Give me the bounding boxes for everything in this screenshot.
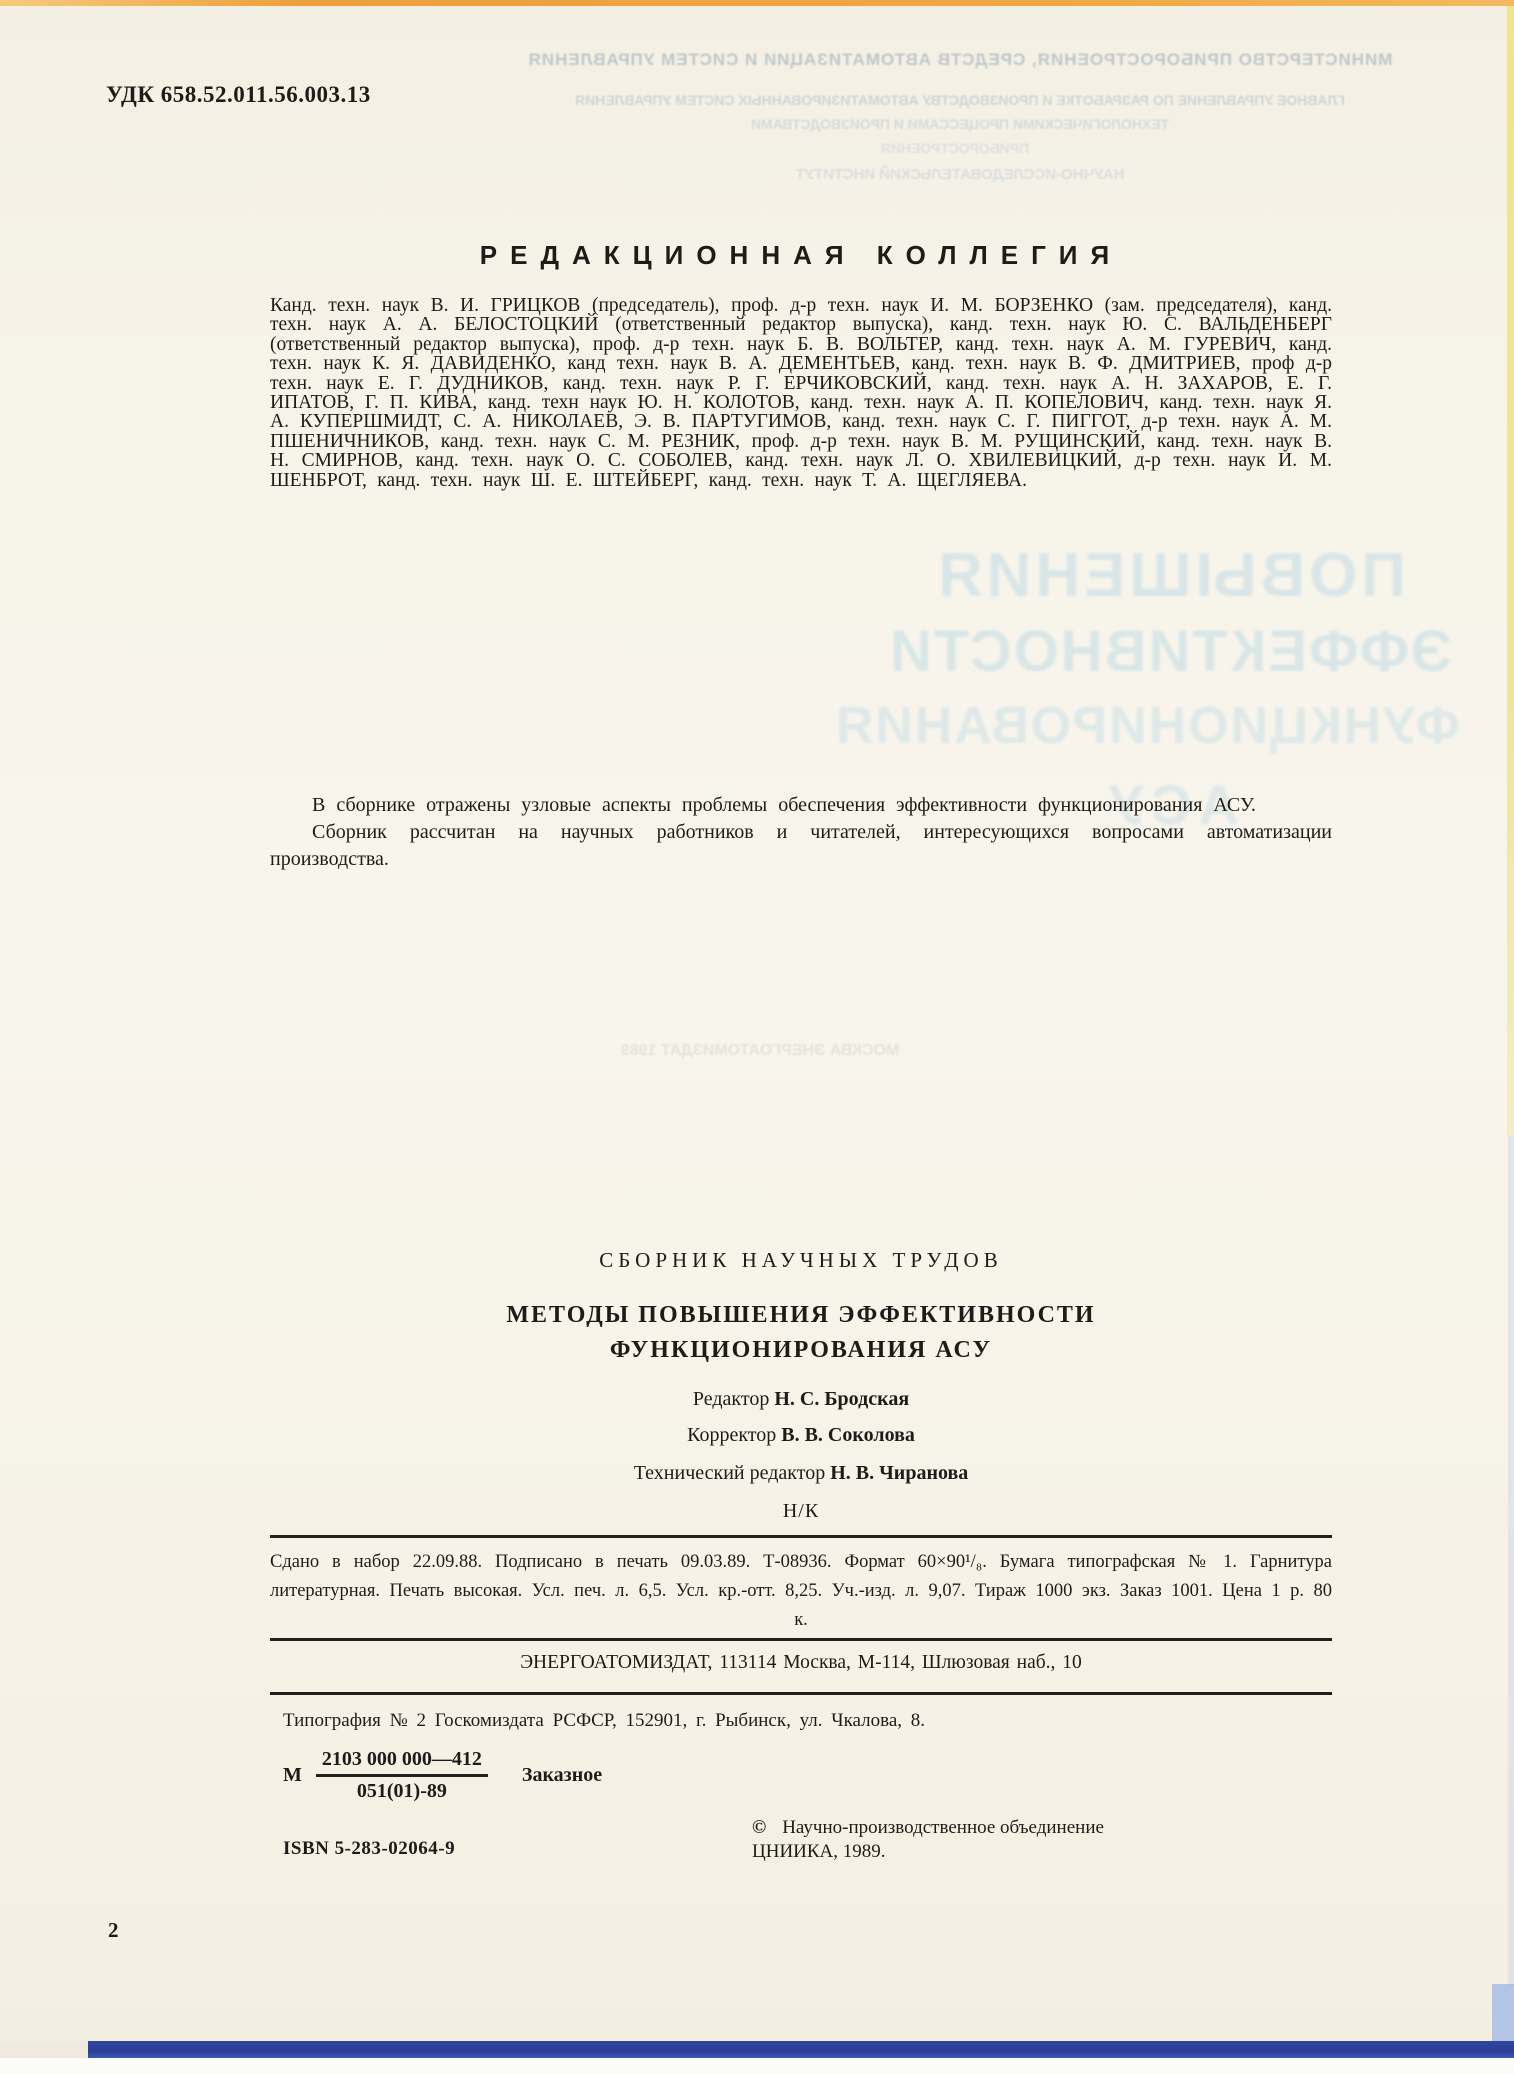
page-edge-right-yellow-strip bbox=[1507, 6, 1514, 1136]
catalog-index-block: М2103 000 000—412051(01)-89Заказное bbox=[283, 1748, 602, 1803]
corrector-label: Корректор bbox=[687, 1424, 776, 1446]
catalog-note: Заказное bbox=[522, 1764, 602, 1787]
page-corner-blue-patch bbox=[1492, 1984, 1514, 2042]
page-bottom-blue-band bbox=[88, 2041, 1514, 2058]
isbn-number: ISBN 5-283-02064-9 bbox=[283, 1838, 455, 1860]
copyright-line-2: ЦНИИКА, 1989. bbox=[752, 1840, 1312, 1864]
catalog-fraction: 2103 000 000—412051(01)-89 bbox=[316, 1748, 488, 1803]
publisher-address-line: ЭНЕРГОАТОМИЗДАТ, 113114 Москва, М-114, Ш… bbox=[270, 1652, 1332, 1674]
page-number: 2 bbox=[108, 1918, 119, 1943]
corrector-name: В. В. Соколова bbox=[781, 1424, 915, 1446]
annotation-block: В сборнике отражены узловые аспекты проб… bbox=[270, 792, 1332, 873]
annotation-paragraph-1: В сборнике отражены узловые аспекты проб… bbox=[270, 792, 1332, 819]
catalog-fraction-denominator: 051(01)-89 bbox=[316, 1777, 488, 1803]
divider-rule-2 bbox=[270, 1638, 1332, 1641]
bleedthrough-title-word-2: ЭФФЕКТИВНОСТИ bbox=[880, 618, 1460, 685]
imprint-paragraph: Сдано в набор 22.09.88. Подписано в печа… bbox=[270, 1548, 1332, 1635]
editorial-board-heading: РЕДАКЦИОННАЯ КОЛЛЕГИЯ bbox=[270, 240, 1332, 271]
editor-label: Редактор bbox=[693, 1388, 769, 1410]
annotation-paragraph-2: Сборник рассчитан на научных работников … bbox=[270, 819, 1332, 873]
scanned-book-page: МИНИСТЕРСТВО ПРИБОРОСТРОЕНИЯ, СРЕДСТВ АВ… bbox=[0, 0, 1514, 2074]
copyright-symbol: © bbox=[752, 1817, 766, 1838]
copyright-block: ©Научно-производственное объединение ЦНИ… bbox=[752, 1816, 1312, 1864]
editor-name: Н. С. Бродская bbox=[774, 1388, 909, 1410]
copyright-holder: Научно-производственное объединение bbox=[782, 1817, 1104, 1838]
book-title: МЕТОДЫ ПОВЫШЕНИЯ ЭФФЕКТИВНОСТИ ФУНКЦИОНИ… bbox=[270, 1298, 1332, 1368]
udk-classification-code: УДК 658.52.011.56.003.13 bbox=[106, 82, 371, 108]
tech-editor-name: Н. В. Чиранова bbox=[830, 1462, 968, 1484]
editor-line: Редактор Н. С. Бродская bbox=[270, 1388, 1332, 1411]
editorial-board-members-paragraph: Канд. техн. наук В. И. ГРИЦКОВ (председа… bbox=[270, 296, 1332, 490]
page-bottom-left-margin bbox=[0, 2041, 88, 2058]
copyright-line-1: ©Научно-производственное объединение bbox=[752, 1816, 1312, 1840]
book-title-line-2: ФУНКЦИОНИРОВАНИЯ АСУ bbox=[270, 1333, 1332, 1368]
bleedthrough-institute-line: НАУЧНО-ИССЛЕДОВАТЕЛЬСКИЙ ИНСТИТУТ bbox=[640, 166, 1280, 183]
catalog-letter-m: М bbox=[283, 1764, 302, 1787]
bleedthrough-processes-line: ТЕХНОЛОГИЧЕСКИМИ ПРОЦЕССАМИ И ПРОИЗВОДСТ… bbox=[620, 116, 1300, 132]
series-title: СБОРНИК НАУЧНЫХ ТРУДОВ bbox=[270, 1248, 1332, 1273]
page-edge-right-blue-strip bbox=[1508, 1136, 1514, 1986]
bleedthrough-ministry-line: МИНИСТЕРСТВО ПРИБОРОСТРОЕНИЯ, СРЕДСТВ АВ… bbox=[420, 50, 1500, 70]
divider-rule-1 bbox=[270, 1535, 1332, 1538]
bleedthrough-title-word-1: ПОВЫШЕНИЯ bbox=[880, 540, 1460, 611]
tech-editor-label: Технический редактор bbox=[634, 1462, 826, 1484]
catalog-fraction-numerator: 2103 000 000—412 bbox=[316, 1748, 488, 1777]
page-bottom-white-edge bbox=[0, 2058, 1514, 2074]
nk-mark: Н/К bbox=[270, 1500, 1332, 1523]
printing-house-line: Типография № 2 Госкомиздата РСФСР, 15290… bbox=[283, 1710, 925, 1732]
divider-rule-3 bbox=[270, 1692, 1332, 1695]
book-title-line-1: МЕТОДЫ ПОВЫШЕНИЯ ЭФФЕКТИВНОСТИ bbox=[270, 1298, 1332, 1333]
bleedthrough-department-line: ГЛАВНОЕ УПРАВЛЕНИЕ ПО РАЗРАБОТКЕ И ПРОИЗ… bbox=[460, 92, 1460, 108]
bleedthrough-moscow-line: МОСКВА ЭНЕРГОАТОМИЗДАТ 1989 bbox=[480, 1042, 1040, 1060]
bleedthrough-title-word-3: ФУНКЦИОНИРОВАНИЯ bbox=[880, 696, 1460, 756]
corrector-line: Корректор В. В. Соколова bbox=[270, 1424, 1332, 1447]
page-edge-top-strip bbox=[0, 0, 1514, 6]
tech-editor-line: Технический редактор Н. В. Чиранова bbox=[270, 1462, 1332, 1485]
bleedthrough-instrument-line: ПРИБОРОСТРОЕНИЯ bbox=[790, 140, 1120, 156]
